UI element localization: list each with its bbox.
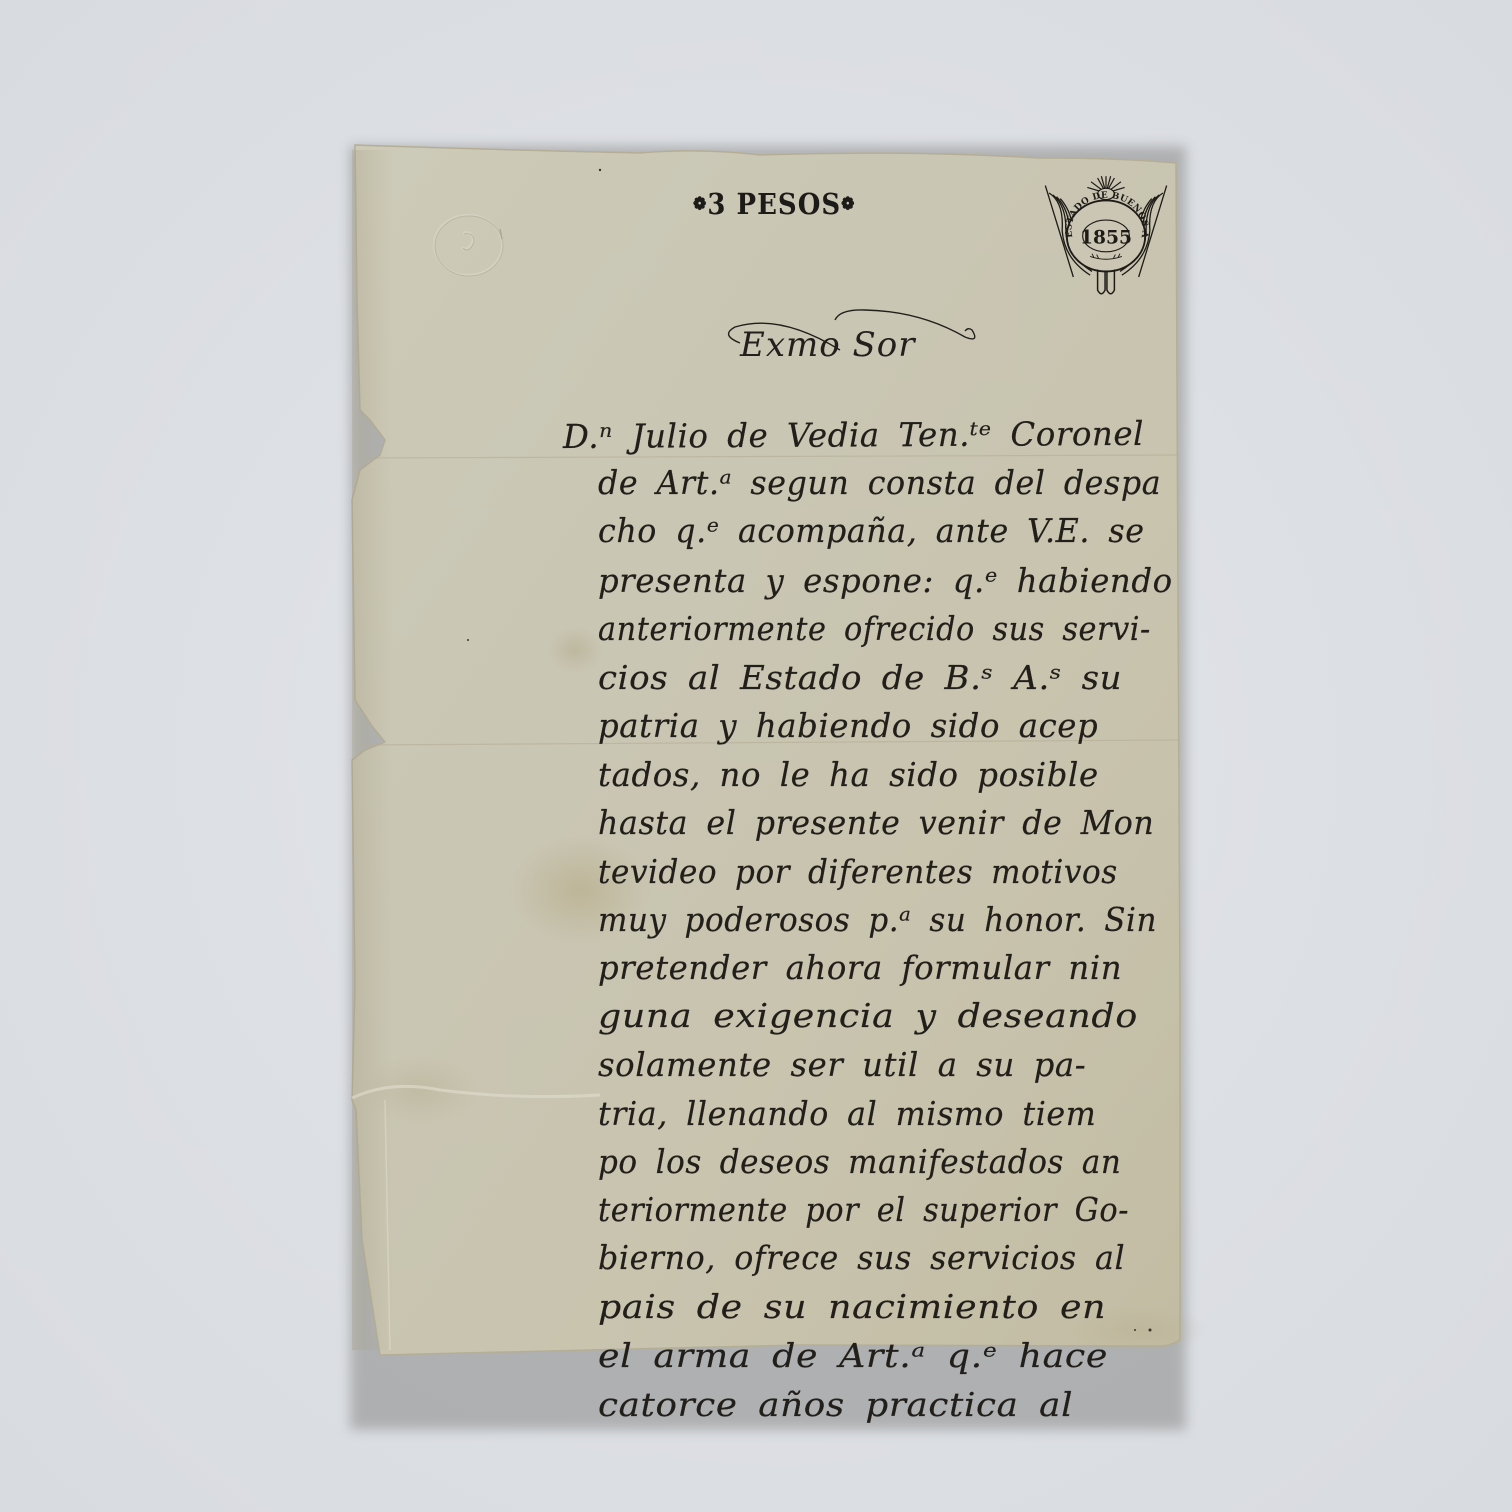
stamp-value-text: 3 PESOS [707,189,841,222]
letter-line: presenta y espone: q.ᵉ habiendo [598,561,1173,600]
letter-line: hasta el presente venir de Mon [598,803,1154,842]
flower-ornament-icon: ❁ [841,193,855,214]
flower-ornament-icon: ❁ [693,193,707,214]
letter-line: bierno, ofrece sus servicios al [598,1238,1125,1277]
letter-line: de Art.ᵃ segun consta del despa [598,463,1161,502]
letter-line: pretender ahora formular nin [598,948,1122,987]
letter-line: po los deseos manifestados an [598,1142,1121,1181]
letter-line: el arma de Art.ᵃ q.ᵉ hace [598,1336,1108,1375]
letter-line: pais de su nacimiento en [598,1287,1106,1326]
stamp-value-label: ❁3 PESOS❁ [693,189,856,222]
letter-line: tados, no le ha sido posible [598,755,1099,794]
salutation-text: Exmo Sor [740,325,916,365]
salutation: Exmo Sor [700,305,990,375]
embossed-seal-icon [418,203,518,283]
letter-line: tria, llenando al mismo tiem [598,1094,1096,1133]
letter-line: catorce años practica al [598,1385,1073,1424]
estado-buenos-ayres-seal-icon: ESTADO DE BUENOS AYRES 1855 [1036,165,1176,305]
letter-line: muy poderosos p.ᵃ su honor. Sin [598,900,1157,939]
document-sheet: ❁3 PESOS❁ [0,0,1512,1512]
svg-text:1855: 1855 [1080,226,1132,248]
letter-line: cho q.ᵉ acompaña, ante V.E. se [598,511,1145,550]
letter-line: teriormente por el superior Go- [598,1190,1129,1229]
letter-line: D.ⁿ Julio de Vedia Ten.ᵗᵉ Coronel [563,414,1144,456]
letter-line: tevideo por diferentes motivos [598,852,1118,891]
letter-line: solamente ser util a su pa- [598,1045,1086,1084]
letter-line: anteriormente ofrecido sus servi- [598,609,1151,648]
letter-line: patria y habiendo sido acep [598,706,1098,745]
letter-line: guna exigencia y deseando [598,996,1138,1035]
letter-line: cios al Estado de B.ˢ A.ˢ su [598,658,1122,697]
